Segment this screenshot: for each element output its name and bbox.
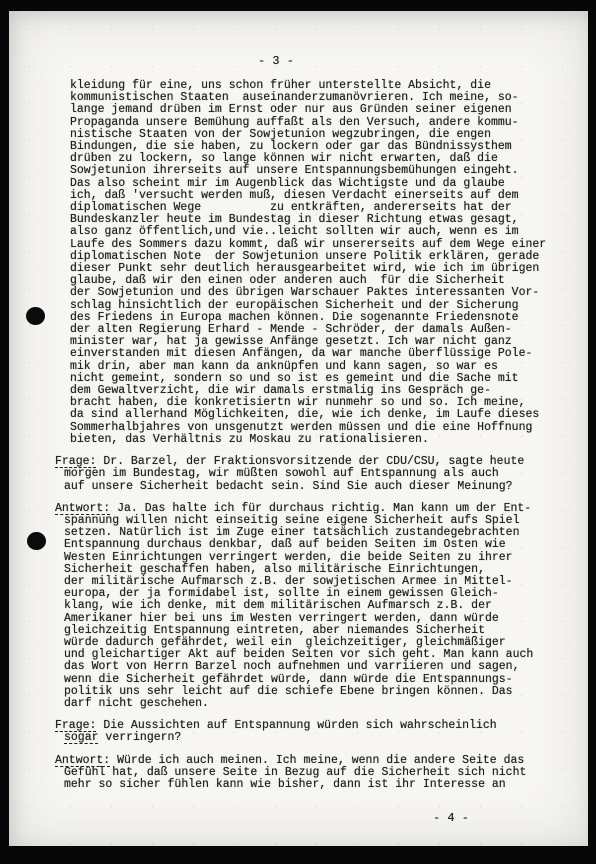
- document-page: - 3 - kleidung für eine, uns schon frühe…: [9, 11, 588, 846]
- text-segment: das Wort von Herrn Barzel noch aufnehmen…: [64, 660, 519, 673]
- text-segment: dem Gewaltverzicht, die wir damals erstm…: [70, 384, 491, 397]
- text-segment: nicht gemeint, sondern so und so ist es …: [70, 372, 519, 385]
- text-line: bieten, das Verhältnis zu Moskau zu rati…: [70, 434, 565, 446]
- text-segment: glaube, daß wir den einen oder anderen a…: [70, 274, 505, 287]
- text-segment: Ja. Das halte ich für durchaus richtig. …: [110, 502, 531, 515]
- text-line: auf unsere Sicherheit bedacht sein. Sind…: [55, 481, 565, 493]
- document-body: kleidung für eine, uns schon früher unte…: [55, 80, 565, 791]
- text-segment: kleidung für eine, uns schon früher unte…: [70, 79, 491, 92]
- text-segment: und gleichartiger Akt auf beiden Seiten …: [64, 648, 533, 661]
- text-segment: setzen. Natürlich ist im Zuge einer tats…: [64, 526, 519, 539]
- text-segment: also ganz öffentlich,und vie..leicht sol…: [70, 225, 519, 238]
- text-segment: auf unsere Sicherheit bedacht sein. Sind…: [64, 480, 513, 493]
- text-segment: Bundeskanzler heute im Bundestag in dies…: [70, 213, 519, 226]
- underlined-label: Antwort:: [55, 502, 110, 515]
- hole-punch-dot-bottom: [27, 532, 46, 550]
- question-paragraph-1: Frage: Dr. Barzel, der Fraktionsvorsitze…: [55, 456, 565, 493]
- text-line: sogar verringern?: [55, 732, 565, 744]
- text-segment: mik drin, aber man kann da anknüpfen und…: [70, 360, 498, 373]
- text-segment: Dr. Barzel, der Fraktionsvorsitzende der…: [96, 455, 524, 468]
- text-segment: bracht haben, die konkretisiertn wir nun…: [70, 396, 525, 409]
- text-segment: drüben zu lockern, so lange können wir n…: [70, 152, 498, 165]
- text-segment: minister war, hat ja gewisse Anfänge ges…: [70, 335, 512, 348]
- text-segment: Sommerhalbjahres von unsgenutzt werden m…: [70, 421, 532, 434]
- text-segment: diplomatischen Note der Sowjetunion unse…: [70, 250, 539, 263]
- text-segment: klang, wie ich denke, mit dem militärisc…: [64, 599, 492, 612]
- text-segment: nistische Staaten von der Sowjetunion we…: [70, 128, 491, 141]
- underlined-label: sogar: [64, 731, 99, 744]
- text-segment: spannung willen nicht einseitig seine ei…: [64, 514, 519, 527]
- text-segment: des Friedens in Europa machen können. Di…: [70, 311, 519, 324]
- text-segment: Würde ich auch meinen. Ich meine, wenn d…: [110, 754, 524, 767]
- text-segment: Westen Einrichtungen verringert werden, …: [64, 551, 513, 564]
- text-segment: da sind allerhand Möglichkeiten, die, wi…: [70, 408, 539, 421]
- text-segment: gleichzeitig Entspannung eintreten, aber…: [64, 624, 485, 637]
- underlined-label: Frage:: [55, 455, 96, 468]
- text-segment: Gefühl hat, daß unsere Seite in Bezug au…: [64, 766, 526, 779]
- text-segment: Propaganda unsere Bemühung auffaßt als d…: [70, 116, 519, 129]
- text-segment: Sicherheit geschaffen haben, also militä…: [64, 563, 485, 576]
- page-number-bottom: - 4 -: [433, 811, 469, 825]
- text-segment: lange jemand drüben im Ernst oder nur au…: [70, 103, 512, 116]
- question-paragraph-2: Frage: Die Aussichten auf Entspannung wü…: [55, 720, 565, 744]
- text-segment: Die Aussichten auf Entspannung würden si…: [96, 719, 496, 732]
- text-segment: einverstanden mit diesen Anfängen, da wa…: [70, 347, 532, 360]
- hole-punch-dot-top: [26, 307, 45, 325]
- text-segment: Sowjetunion ihrerseits auf unsere Entspa…: [70, 164, 519, 177]
- text-line: mehr so sicher fühlen kann wie bisher, d…: [55, 779, 565, 791]
- text-segment: Entspannung durchaus denkbar, daß auf be…: [64, 538, 506, 551]
- body-paragraph-continuation: kleidung für eine, uns schon früher unte…: [70, 80, 565, 446]
- page-number-top: - 3 -: [258, 54, 294, 68]
- scanned-page-screen: - 3 - kleidung für eine, uns schon frühe…: [0, 0, 596, 864]
- text-segment: schlag hinsichtlich der europäischen Sic…: [70, 299, 519, 312]
- text-segment: verringern?: [99, 731, 182, 744]
- answer-paragraph-2: Antwort: Würde ich auch meinen. Ich mein…: [55, 755, 565, 792]
- text-segment: dieser Punkt sehr deutlich herausgearbei…: [70, 262, 539, 275]
- text-segment: mehr so sicher fühlen kann wie bisher, d…: [64, 778, 506, 791]
- text-segment: Laufe des Sommers dazu kommt, daß wir un…: [70, 238, 546, 251]
- text-segment: Bindungen, die sie haben, zu lockern ode…: [70, 140, 512, 153]
- text-segment: politik uns sehr leicht auf die schiefe …: [64, 685, 513, 698]
- text-segment: der militärische Aufmarsch z.B. der sowj…: [64, 575, 513, 588]
- text-segment: der Sowjetunion und des übrigen Warschau…: [70, 286, 539, 299]
- answer-paragraph-1: Antwort: Ja. Das halte ich für durchaus …: [55, 503, 565, 710]
- text-segment: ich, daß 'versucht werden muß, diesen Ve…: [70, 189, 519, 202]
- text-segment: europa, der ja formidabel ist, sollte in…: [64, 587, 499, 600]
- underlined-label: Antwort:: [55, 754, 110, 767]
- text-segment: würde dadurch gefährdet, weil ein gleich…: [64, 636, 506, 649]
- underlined-label: Frage:: [55, 719, 96, 732]
- text-segment: Amerikaner hier bei uns im Westen verrin…: [64, 612, 499, 625]
- text-segment: bieten, das Verhältnis zu Moskau zu rati…: [70, 433, 429, 446]
- text-segment: Das also scheint mir im Augenblick das W…: [70, 177, 505, 190]
- text-segment: der alten Regierung Erhard - Mende - Sch…: [70, 323, 512, 336]
- text-segment: diplomatischen Wege zu entkräften, ander…: [70, 201, 512, 214]
- text-line: darf nicht geschehen.: [55, 698, 565, 710]
- text-segment: wenn die Sicherheit gefährdet würde, dan…: [64, 673, 513, 686]
- text-segment: morgen im Bundestag, wir müßten sowohl a…: [64, 467, 499, 480]
- text-segment: kommunistischen Staaten auseinanderzuman…: [70, 91, 519, 104]
- text-segment: darf nicht geschehen.: [64, 697, 209, 710]
